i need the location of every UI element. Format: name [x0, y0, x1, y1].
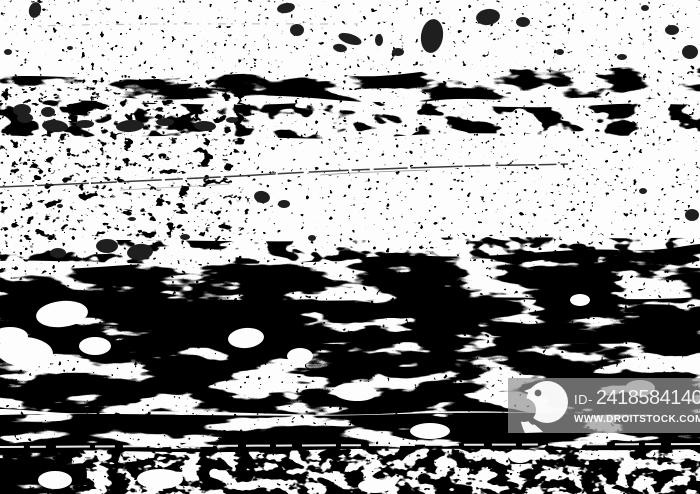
streak-scatter-band — [0, 100, 700, 140]
watermark-overlay: ID- 2418584140 WWW.DROITSTOCK.COM — [508, 378, 700, 433]
watermark-url: WWW.DROITSTOCK.COM — [574, 414, 700, 425]
stock-photo-grunge-texture: ID- 2418584140 WWW.DROITSTOCK.COM — [0, 0, 700, 494]
watermark-id-number: 2418584140 — [596, 387, 700, 410]
watermark-id: ID- 2418584140 — [574, 387, 700, 410]
droitstock-bird-logo-icon — [513, 380, 575, 436]
watermark-text: ID- 2418584140 WWW.DROITSTOCK.COM — [574, 387, 700, 425]
bottom-grain-zone — [0, 443, 700, 494]
watermark-id-label: ID- — [574, 392, 593, 407]
